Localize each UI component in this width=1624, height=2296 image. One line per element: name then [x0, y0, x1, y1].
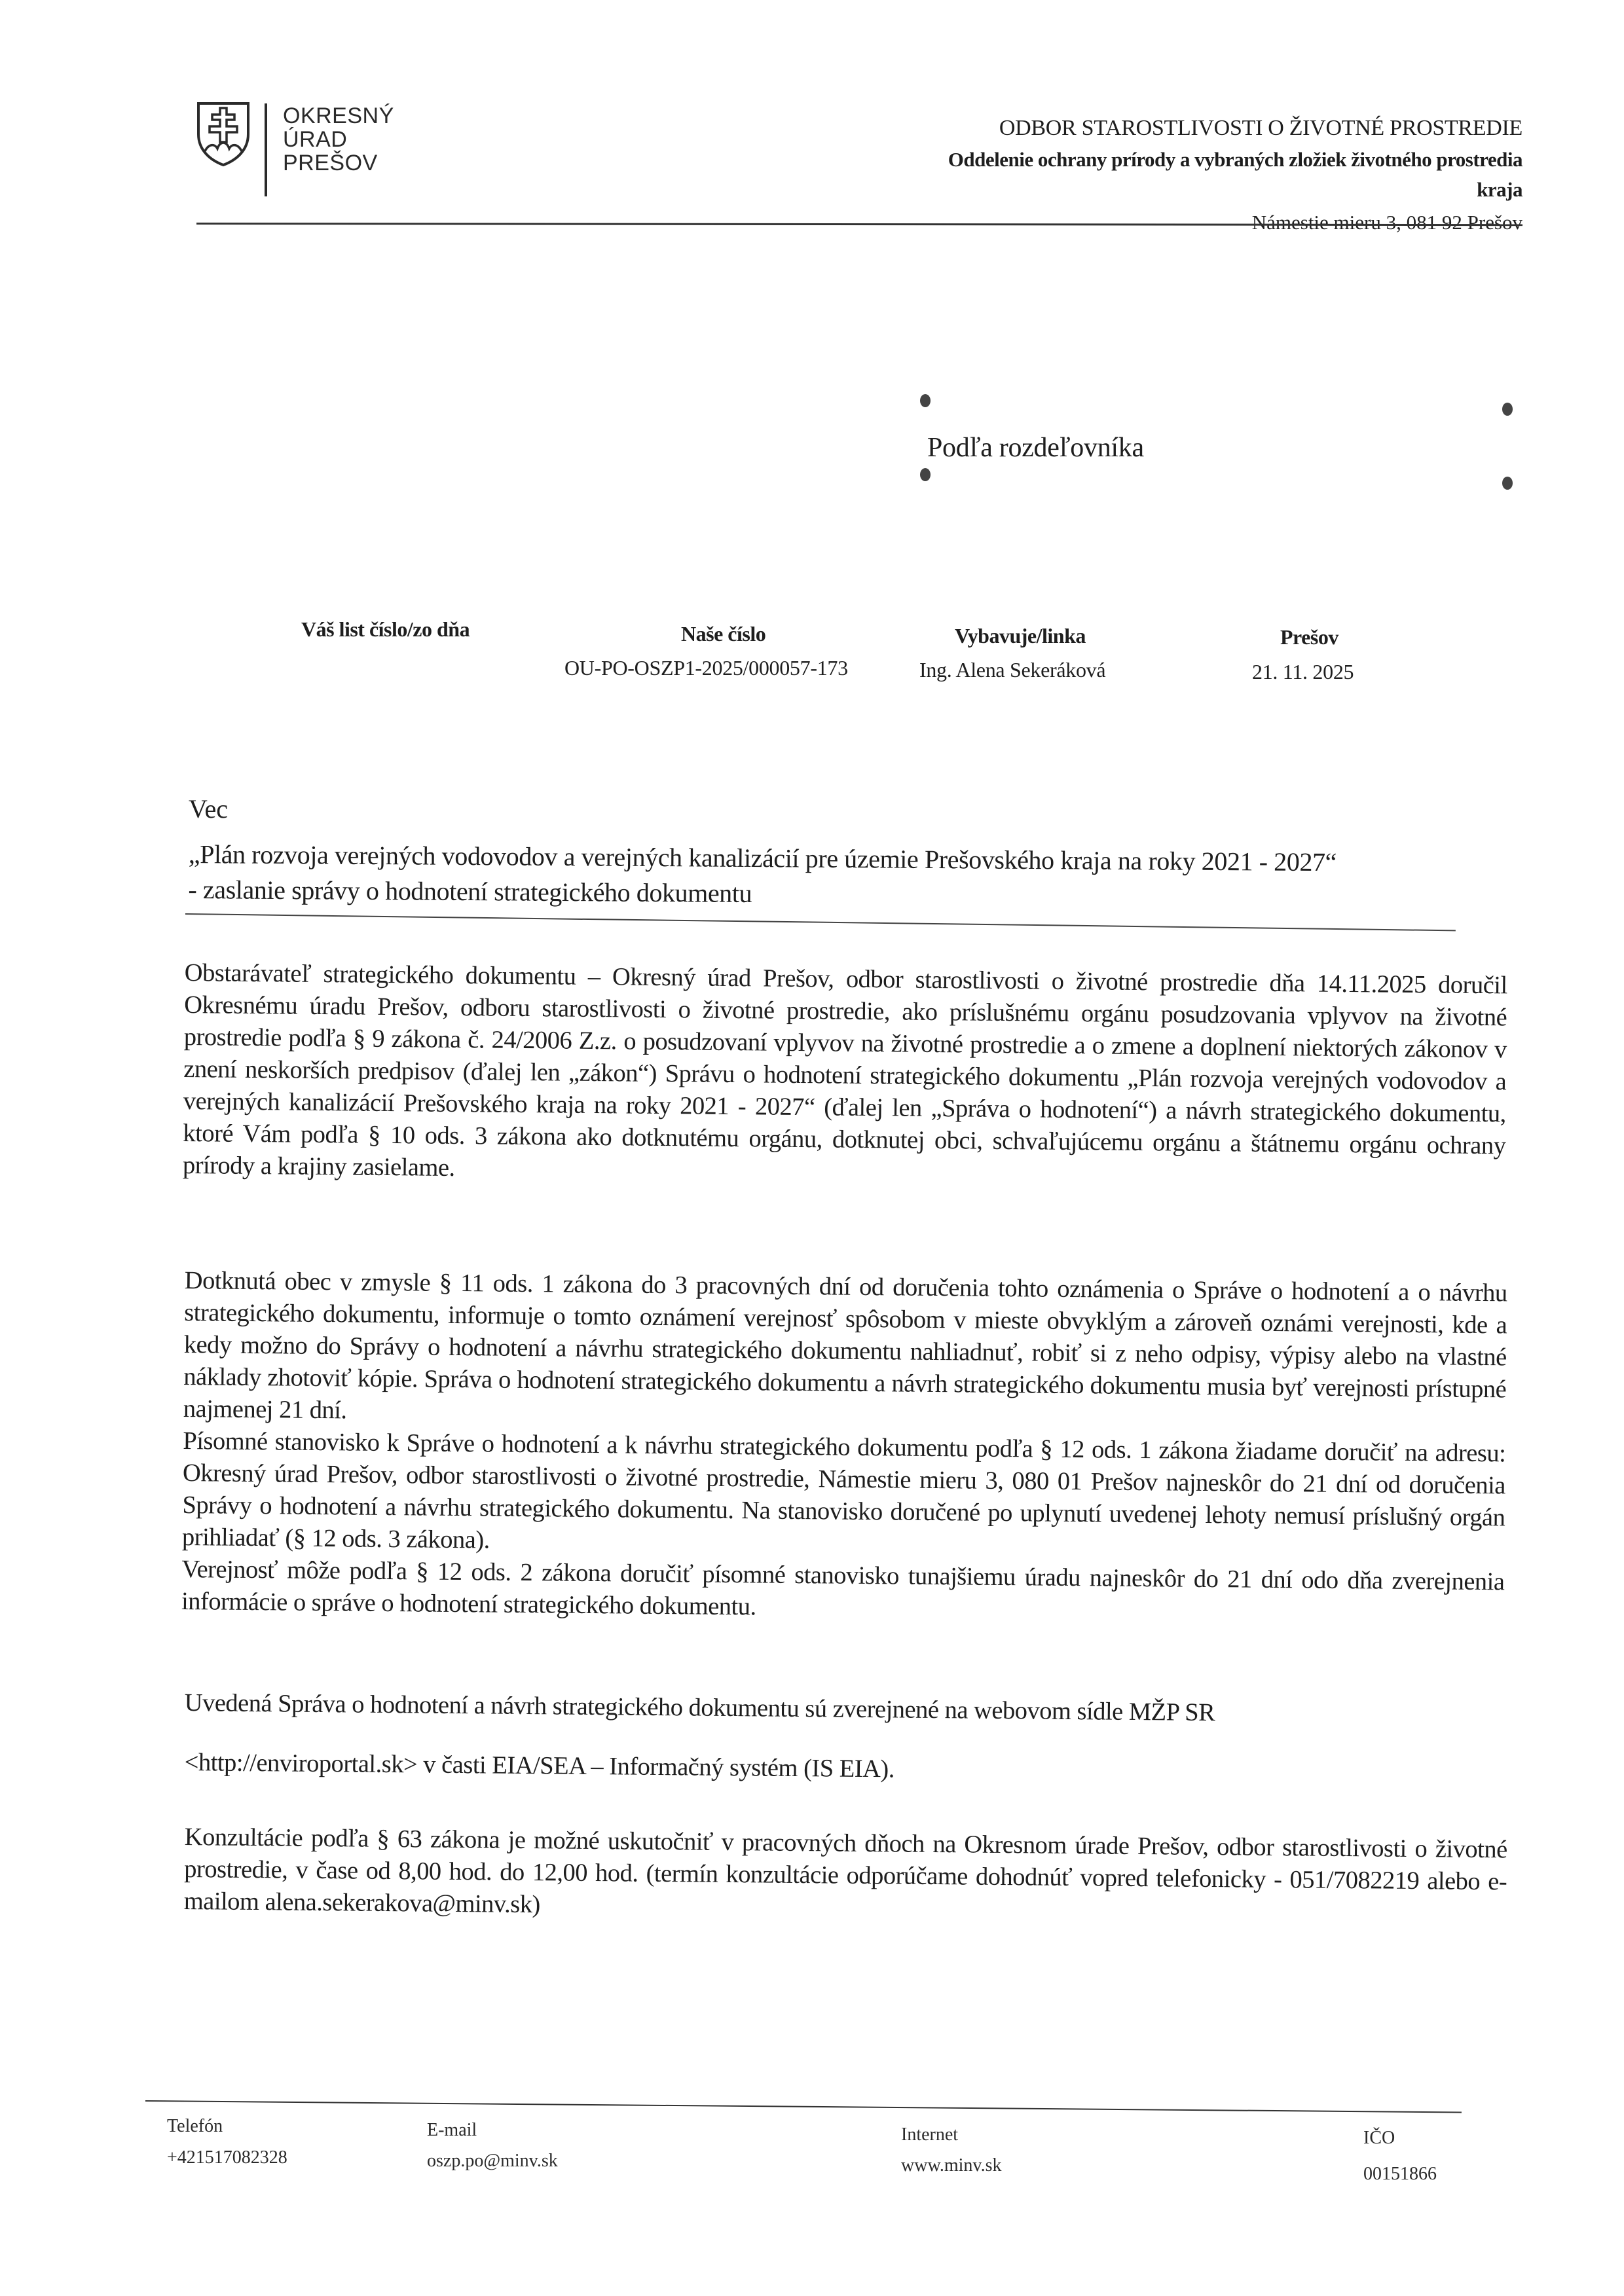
our-number-value: OU-PO-OSZP1-2025/000057-173 [564, 656, 848, 680]
subject-underline [185, 913, 1456, 931]
paragraph-publication: Uvedená Správa o hodnotení a návrh strat… [185, 1687, 1507, 1732]
paragraph-enviroportal: <http://enviroportal.sk> v časti EIA/SEA… [185, 1747, 1507, 1791]
office-name-line-3: PREŠOV [283, 152, 378, 174]
window-mark-dot [1502, 477, 1513, 490]
section-title-line-2: kraja [671, 175, 1522, 204]
our-number-label: Naše číslo [681, 622, 766, 646]
header-divider [265, 103, 267, 196]
office-name-line-2: ÚRAD [283, 128, 347, 151]
paragraph-consultation: Konzultácie podľa § 63 zákona je možné u… [184, 1821, 1507, 1930]
paragraph-text: Dotknutá obec v zmysle § 11 ods. 1 zákon… [183, 1265, 1507, 1438]
window-mark-dot [920, 468, 931, 481]
paragraph-municipality: Dotknutá obec v zmysle § 11 ods. 1 zákon… [181, 1265, 1507, 1630]
enviroportal-link[interactable]: <http://enviroportal.sk> v časti EIA/SEA… [185, 1747, 1507, 1791]
letter-date: 21. 11. 2025 [1252, 660, 1354, 684]
section-title-line-1: Oddelenie ochrany prírody a vybraných zl… [671, 144, 1522, 175]
paragraph-text: Verejnosť môže podľa § 12 ods. 2 zákona … [181, 1554, 1505, 1630]
footer-ico-label: IČO [1363, 2128, 1395, 2149]
footer-email-value[interactable]: oszp.po@minv.sk [427, 2151, 558, 2172]
slovak-coat-of-arms-icon [196, 101, 250, 167]
window-mark-dot [920, 394, 931, 407]
office-name-line-1: OKRESNÝ [283, 105, 394, 127]
subject-label: Vec [189, 793, 228, 824]
footer-phone-label: Telefón [167, 2116, 223, 2137]
paragraph-text: Písomné stanovisko k Správe o hodnotení … [182, 1425, 1506, 1566]
footer-ico-value: 00151866 [1363, 2164, 1437, 2185]
footer-email-label: E-mail [427, 2120, 477, 2141]
handled-by-value: Ing. Alena Sekeráková [919, 658, 1105, 682]
recipient: Podľa rozdeľovníka [927, 432, 1144, 464]
department-title: ODBOR STAROSTLIVOSTI O ŽIVOTNÉ PROSTREDI… [671, 113, 1522, 144]
subject: „Plán rozvoja verejných vodovodov a vere… [188, 837, 1531, 917]
paragraph-text: Obstarávateľ strategického dokumentu – O… [183, 957, 1507, 1194]
paragraph-delivery: Obstarávateľ strategického dokumentu – O… [183, 957, 1507, 1194]
footer-phone-value: +421517082328 [167, 2147, 287, 2168]
window-mark-dot [1502, 403, 1513, 416]
paragraph-text: Konzultácie podľa § 63 zákona je možné u… [184, 1821, 1507, 1930]
department-block: ODBOR STAROSTLIVOSTI O ŽIVOTNÉ PROSTREDI… [671, 113, 1522, 240]
place-label: Prešov [1280, 625, 1338, 649]
footer-internet-label: Internet [901, 2124, 958, 2145]
footer-internet-value[interactable]: www.minv.sk [901, 2155, 1001, 2176]
paragraph-text: Uvedená Správa o hodnotení a návrh strat… [185, 1687, 1507, 1732]
footer-rule [145, 2100, 1462, 2113]
handled-by-label: Vybavuje/linka [955, 624, 1086, 648]
your-letter-label: Váš list číslo/zo dňa [301, 617, 470, 642]
